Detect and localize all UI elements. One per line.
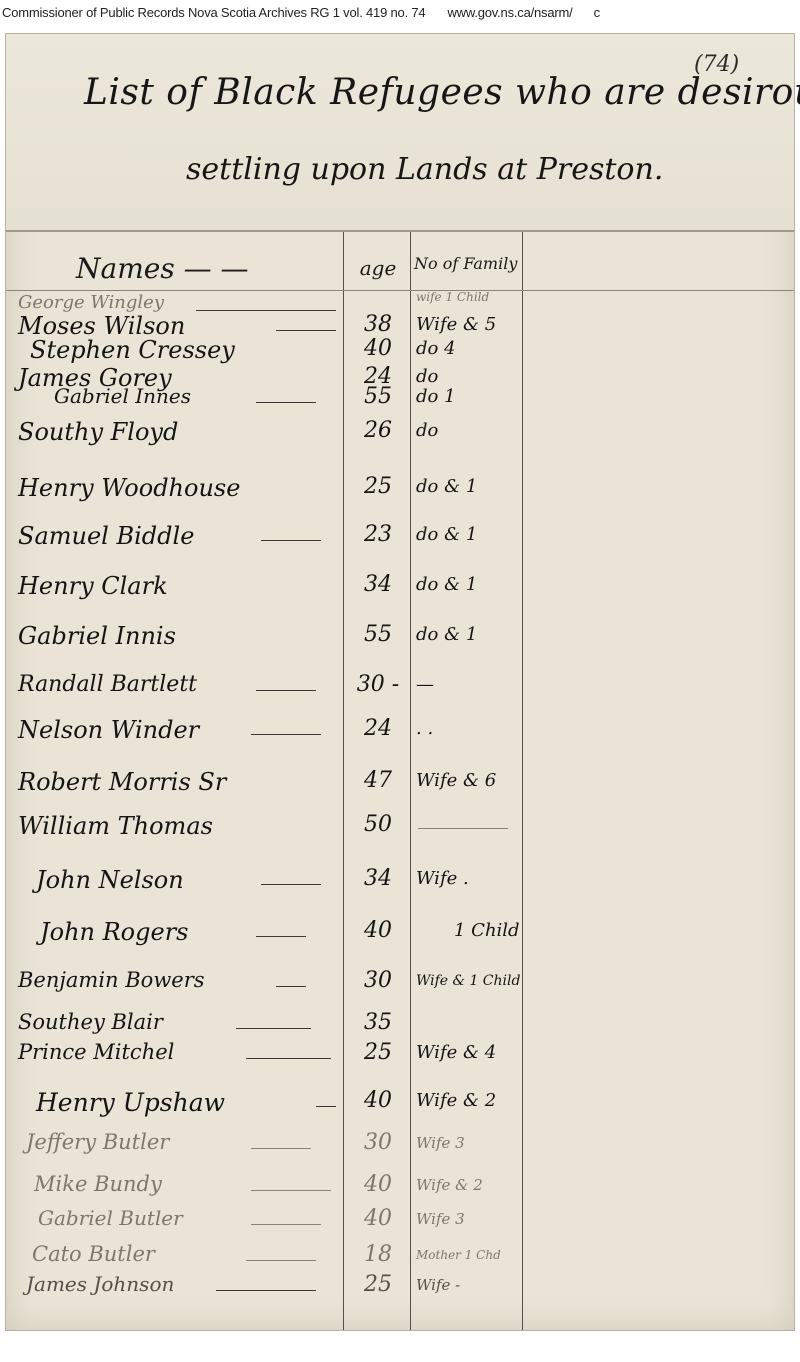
document-title-line-2: settling upon Lands at Preston.	[186, 152, 663, 187]
table-row: Prince Mitchel 25 Wife & 4	[6, 1040, 794, 1070]
row-dash	[251, 1224, 321, 1225]
row-age: 55	[346, 384, 410, 409]
archive-source-text: Commissioner of Public Records Nova Scot…	[2, 5, 425, 20]
row-name: Henry Clark	[18, 572, 168, 600]
row-dash	[251, 1148, 311, 1149]
row-family: Wife .	[416, 868, 522, 889]
row-dash	[251, 1190, 331, 1191]
row-dash	[236, 1028, 311, 1029]
row-family: Mother 1 Chd	[416, 1248, 522, 1262]
table-row: Henry Clark 34 do & 1	[6, 572, 794, 602]
row-name: Mike Bundy	[34, 1172, 162, 1196]
table-row: Nelson Winder 24 . .	[6, 716, 794, 746]
row-family: do & 1	[416, 574, 522, 595]
row-dash	[316, 1106, 336, 1107]
row-name: Gabriel Innes	[54, 384, 191, 408]
table-row: Randall Bartlett 30 - —	[6, 672, 794, 702]
row-dash	[246, 1058, 331, 1059]
row-name: Southy Floyd	[18, 418, 178, 446]
row-age: 47	[346, 768, 410, 793]
row-name: Prince Mitchel	[18, 1040, 174, 1064]
table-row: Mike Bundy 40 Wife & 2	[6, 1172, 794, 1202]
row-family: do 4	[416, 338, 522, 359]
row-name: Stephen Cressey	[30, 336, 235, 364]
table-row: Cato Butler 18 Mother 1 Chd	[6, 1242, 794, 1272]
row-family: Wife & 5	[416, 314, 522, 335]
row-name: Gabriel Butler	[38, 1206, 183, 1230]
row-family: do 1	[416, 386, 522, 407]
row-family: do & 1	[416, 624, 522, 645]
row-dash	[261, 884, 321, 885]
table-row: Gabriel Innes 55 do 1	[6, 384, 794, 414]
row-age: 34	[346, 866, 410, 891]
column-header-age: age	[346, 256, 410, 280]
row-dash	[251, 734, 321, 735]
row-dash	[261, 540, 321, 541]
row-age: 40	[346, 1172, 410, 1197]
column-header-family: No of Family	[414, 254, 522, 273]
row-age: 30	[346, 968, 410, 993]
row-name: Benjamin Bowers	[18, 968, 205, 992]
table-row: James Johnson 25 Wife -	[6, 1272, 794, 1302]
row-name: Henry Woodhouse	[18, 474, 240, 502]
row-name: Southey Blair	[18, 1010, 163, 1034]
row-age: 23	[346, 522, 410, 547]
table-row: William Thomas 50	[6, 812, 794, 842]
row-family: Wife 3	[416, 1210, 522, 1228]
row-family: Wife -	[416, 1276, 522, 1294]
row-age: 30	[346, 1130, 410, 1155]
row-family: . .	[416, 718, 522, 739]
row-name: Gabriel Innis	[18, 622, 176, 650]
table-row: Stephen Cressey 40 do 4	[6, 336, 794, 366]
row-age: 34	[346, 572, 410, 597]
row-age: 24	[346, 716, 410, 741]
row-name: Henry Upshaw	[36, 1088, 225, 1117]
row-dash	[256, 936, 306, 937]
row-dash	[276, 330, 336, 331]
table-row: Robert Morris Sr 47 Wife & 6	[6, 768, 794, 798]
row-name: Samuel Biddle	[18, 522, 194, 550]
row-family: Wife & 1 Child	[416, 973, 522, 989]
document-header: (74) List of Black Refugees who are desi…	[6, 34, 794, 232]
row-age: 25	[346, 1272, 410, 1297]
caption-truncated-text: c	[594, 5, 600, 20]
table-row: Samuel Biddle 23 do & 1	[6, 522, 794, 552]
table-row: John Rogers 40 1 Child	[6, 918, 794, 948]
row-name: James Johnson	[26, 1272, 174, 1296]
table-row: Southey Blair 35	[6, 1010, 794, 1040]
row-dash	[246, 1260, 316, 1261]
table-row: Jeffery Butler 30 Wife 3	[6, 1130, 794, 1160]
row-family: Wife & 2	[416, 1176, 522, 1194]
row-family: 1 Child	[454, 920, 560, 941]
row-age: 25	[346, 474, 410, 499]
archive-url-link[interactable]: www.gov.ns.ca/nsarm/	[447, 5, 572, 20]
row-dash	[276, 986, 306, 987]
header-rule	[6, 290, 794, 291]
table-row: Southy Floyd 26 do	[6, 418, 794, 448]
row-name: George Wingley	[18, 292, 164, 313]
row-name: John Nelson	[36, 866, 184, 894]
row-age: 40	[346, 336, 410, 361]
row-family: wife 1 Child	[416, 290, 522, 304]
row-age: 25	[346, 1040, 410, 1065]
row-age: 40	[346, 918, 410, 943]
row-dash	[196, 310, 336, 311]
table-row: Benjamin Bowers 30 Wife & 1 Child	[6, 968, 794, 998]
row-dash	[216, 1290, 316, 1291]
row-name: Jeffery Butler	[26, 1130, 169, 1154]
row-age: 35	[346, 1010, 410, 1035]
column-header-names: Names — —	[76, 252, 248, 285]
row-dash	[256, 402, 316, 403]
refugee-table: Names — — age No of Family George Wingle…	[6, 232, 794, 1330]
archive-caption: Commissioner of Public Records Nova Scot…	[0, 0, 800, 24]
row-name: Nelson Winder	[18, 716, 199, 744]
table-row: Gabriel Innis 55 do & 1	[6, 622, 794, 652]
row-family: Wife & 4	[416, 1042, 522, 1063]
table-row: Henry Upshaw 40 Wife & 2	[6, 1088, 794, 1118]
table-row: Gabriel Butler 40 Wife 3	[6, 1206, 794, 1236]
row-name: Randall Bartlett	[18, 672, 197, 697]
table-row: Henry Woodhouse 25 do & 1	[6, 474, 794, 504]
row-dash	[256, 690, 316, 691]
row-age: 40	[346, 1088, 410, 1113]
row-age: 55	[346, 622, 410, 647]
row-age: 40	[346, 1206, 410, 1231]
row-family: Wife & 2	[416, 1090, 522, 1111]
row-family: —	[416, 674, 522, 695]
table-row: John Nelson 34 Wife .	[6, 866, 794, 896]
row-age: 38	[346, 312, 410, 337]
row-family: Wife & 6	[416, 770, 522, 791]
row-family: do & 1	[416, 476, 522, 497]
row-age: 30 -	[346, 672, 410, 697]
row-name: Robert Morris Sr	[18, 768, 226, 796]
row-age: 50	[346, 812, 410, 837]
document-title-line-1: List of Black Refugees who are desirous …	[84, 72, 784, 113]
row-age: 18	[346, 1242, 410, 1267]
row-age: 26	[346, 418, 410, 443]
row-family: do	[416, 420, 522, 441]
row-name: William Thomas	[18, 812, 213, 840]
manuscript-page: (74) List of Black Refugees who are desi…	[5, 33, 795, 1331]
row-name: Cato Butler	[32, 1242, 155, 1266]
row-family: do & 1	[416, 524, 522, 545]
row-dash	[418, 828, 508, 829]
row-name: John Rogers	[40, 918, 189, 946]
row-family: Wife 3	[416, 1134, 522, 1152]
